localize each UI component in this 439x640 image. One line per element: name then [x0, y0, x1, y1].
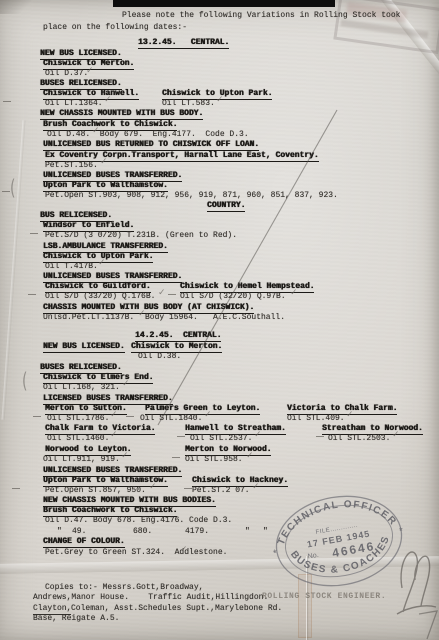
pencil-dash: [172, 457, 180, 458]
text-segment: 680.: [133, 527, 152, 537]
text-segment: 13.2.45. CENTRAL.: [138, 38, 229, 49]
text-segment: place on the following dates:-: [43, 23, 187, 33]
document-line: Oil STL.1460.Oil STL.2537.Oil STL.2503.: [0, 434, 439, 445]
text-segment: CHANGE OF COLOUR.: [43, 537, 125, 548]
text-segment: 14.2.45. CENTRAL.: [135, 331, 221, 342]
text-segment: Pet.S/D (3 0/20) T.231B. (Green to Red).: [45, 231, 237, 241]
pencil-tick: ✓: [392, 431, 400, 440]
pencil-tick: ✓: [254, 431, 262, 440]
document-line: Unlsd.Pet.LT.1137B.Body 15964.A.E.C.Sout…: [0, 313, 439, 324]
text-segment: Unlsd.Pet.LT.1137B.: [43, 313, 134, 323]
pencil-dash: [316, 436, 324, 437]
document-line: NEW CHASSIS MOUNTED WITH BUS BODY.: [0, 109, 439, 120]
text-segment: Coleman, Asst.Schedules Supt.,Marylebone…: [71, 604, 282, 614]
pencil-tick: ✓: [110, 431, 118, 440]
document-line: 13.2.45. CENTRAL.: [0, 38, 439, 49]
text-segment: A.E.C.Southall.: [213, 313, 285, 323]
pencil-tick: ✓: [252, 483, 260, 492]
document-line: Base, Reigate A.5.: [0, 614, 439, 625]
text-segment: Please note the following Variations in …: [122, 11, 400, 21]
pencil-tick: ✓: [180, 546, 188, 555]
text-segment: Pet.Grey to Green ST.324. Addlestone.: [45, 548, 227, 558]
pencil-tick: ✓: [98, 259, 106, 268]
stamp-star-left: *: [272, 548, 278, 560]
pencil-tick: ✓: [290, 289, 298, 298]
pencil-dash: [126, 416, 134, 417]
text-segment: Oil S/D (33/20) Q.176B.: [45, 292, 155, 302]
text-segment: Oil LT.168, 321.: [43, 383, 120, 393]
text-segment: Oil D.47. Body 678. Eng.4176. Code D.3.: [45, 516, 232, 526]
text-segment: Oil D.48. Body 679. Eng.4177. Code D.3.: [47, 130, 249, 140]
pencil-paren: (: [22, 376, 27, 390]
document-line: place on the following dates:-: [0, 23, 439, 34]
pencil-dash: [2, 191, 10, 192]
document-line: UNLICENSED BUS RETURNED TO CHISWICK OFF …: [0, 140, 439, 151]
pencil-dash: [28, 294, 36, 295]
pencil-tick: ✓: [158, 289, 166, 298]
text-segment: Oil LT.911, 919.: [43, 455, 120, 465]
document-line: Oil LT.911, 919.Oil STL.958.: [0, 455, 439, 466]
pencil-tick: ✓: [121, 452, 129, 461]
text-segment: Oil STL.1460.: [47, 434, 109, 444]
pencil-dash: [184, 488, 192, 489]
text-segment: Copies to:- Messrs.Gott,Broadway,: [45, 583, 203, 593]
text-segment: Oil LT.583.: [162, 99, 215, 109]
pencil-tick: ✓: [86, 67, 94, 76]
pencil-tick: ✓: [122, 380, 130, 389]
text-segment: ": [57, 527, 62, 537]
pencil-dash: [33, 416, 41, 417]
text-segment: Pet.Open ST.903, 908, 912, 956, 919, 871…: [45, 191, 338, 201]
pencil-dash: [177, 436, 185, 437]
pencil-dash: [3, 101, 11, 102]
text-segment: Oil STL.409.: [287, 414, 345, 424]
document-line: Oil LT.168, 321.: [0, 383, 439, 394]
document-line: Please note the following Variations in …: [0, 11, 439, 22]
stamp-number-label: No.: [307, 552, 319, 561]
text-segment: Pet.Open ST.857, 950.: [45, 486, 146, 496]
pencil-paren: (: [10, 183, 15, 197]
text-segment: Oil STL.2503.: [328, 434, 390, 444]
document-line: 14.2.45. CENTRAL.: [0, 331, 439, 342]
document-line: Oil D.38.: [0, 352, 439, 363]
pencil-tick: ✓: [149, 483, 157, 492]
text-segment: Oil T.417B.: [45, 262, 98, 272]
text-segment: 49.: [72, 527, 86, 537]
text-segment: Oil STL.958.: [185, 455, 243, 465]
text-segment: Oil STL.1786.: [47, 414, 109, 424]
text-segment: Oil LT.1364.: [45, 99, 103, 109]
text-segment: Oil D.37.: [45, 69, 88, 79]
text-segment: NEW CHASSIS MOUNTED WITH BUS BODY.: [40, 109, 203, 120]
pencil-tick: ✓: [246, 452, 254, 461]
text-segment: Oil STL.2537.: [190, 434, 252, 444]
text-segment: Oil S/D (32/20) Q.97B.: [180, 292, 286, 302]
pencil-tick: ✓: [104, 96, 112, 105]
pencil-tick: ✓: [138, 310, 146, 319]
scanned-document: Please note the following Variations in …: [0, 0, 439, 640]
text-segment: UNLICENSED BUS RETURNED TO CHISWICK OFF …: [43, 140, 259, 151]
text-segment: ": [245, 527, 250, 537]
text-segment: Oil D.38.: [138, 352, 181, 362]
pencil-tick: ✓: [216, 96, 224, 105]
pencil-dash: [12, 488, 20, 489]
stamp-star-right: *: [398, 526, 404, 538]
text-segment: Andrews,Manor House. Traffic Audit,Hilli…: [33, 593, 268, 603]
text-segment: Body 15964.: [145, 313, 198, 323]
pencil-tick: ✓: [346, 411, 354, 420]
text-segment: Oil STL.1840.: [140, 414, 202, 424]
document-line: Oil S/D (33/20) Q.176B.Oil S/D (32/20) Q…: [0, 292, 439, 303]
pencil-tick: ✓: [92, 127, 100, 136]
scan-artifact-bar: [113, 0, 335, 7]
pencil-dash: [30, 233, 38, 234]
pencil-tick: ✓: [100, 158, 108, 167]
text-segment: Base, Reigate A.5.: [33, 614, 119, 624]
pencil-tick: ✓: [204, 411, 212, 420]
text-segment: 4179.: [185, 527, 209, 537]
text-segment: Pet.ST.2 07.: [192, 486, 250, 496]
pencil-tick: ✓: [110, 411, 118, 420]
pencil-dash: [168, 294, 176, 295]
text-segment: Pet.ST.156.: [45, 161, 98, 171]
document-line: Pet.S/D (3 0/20) T.231B. (Green to Red).: [0, 231, 439, 242]
